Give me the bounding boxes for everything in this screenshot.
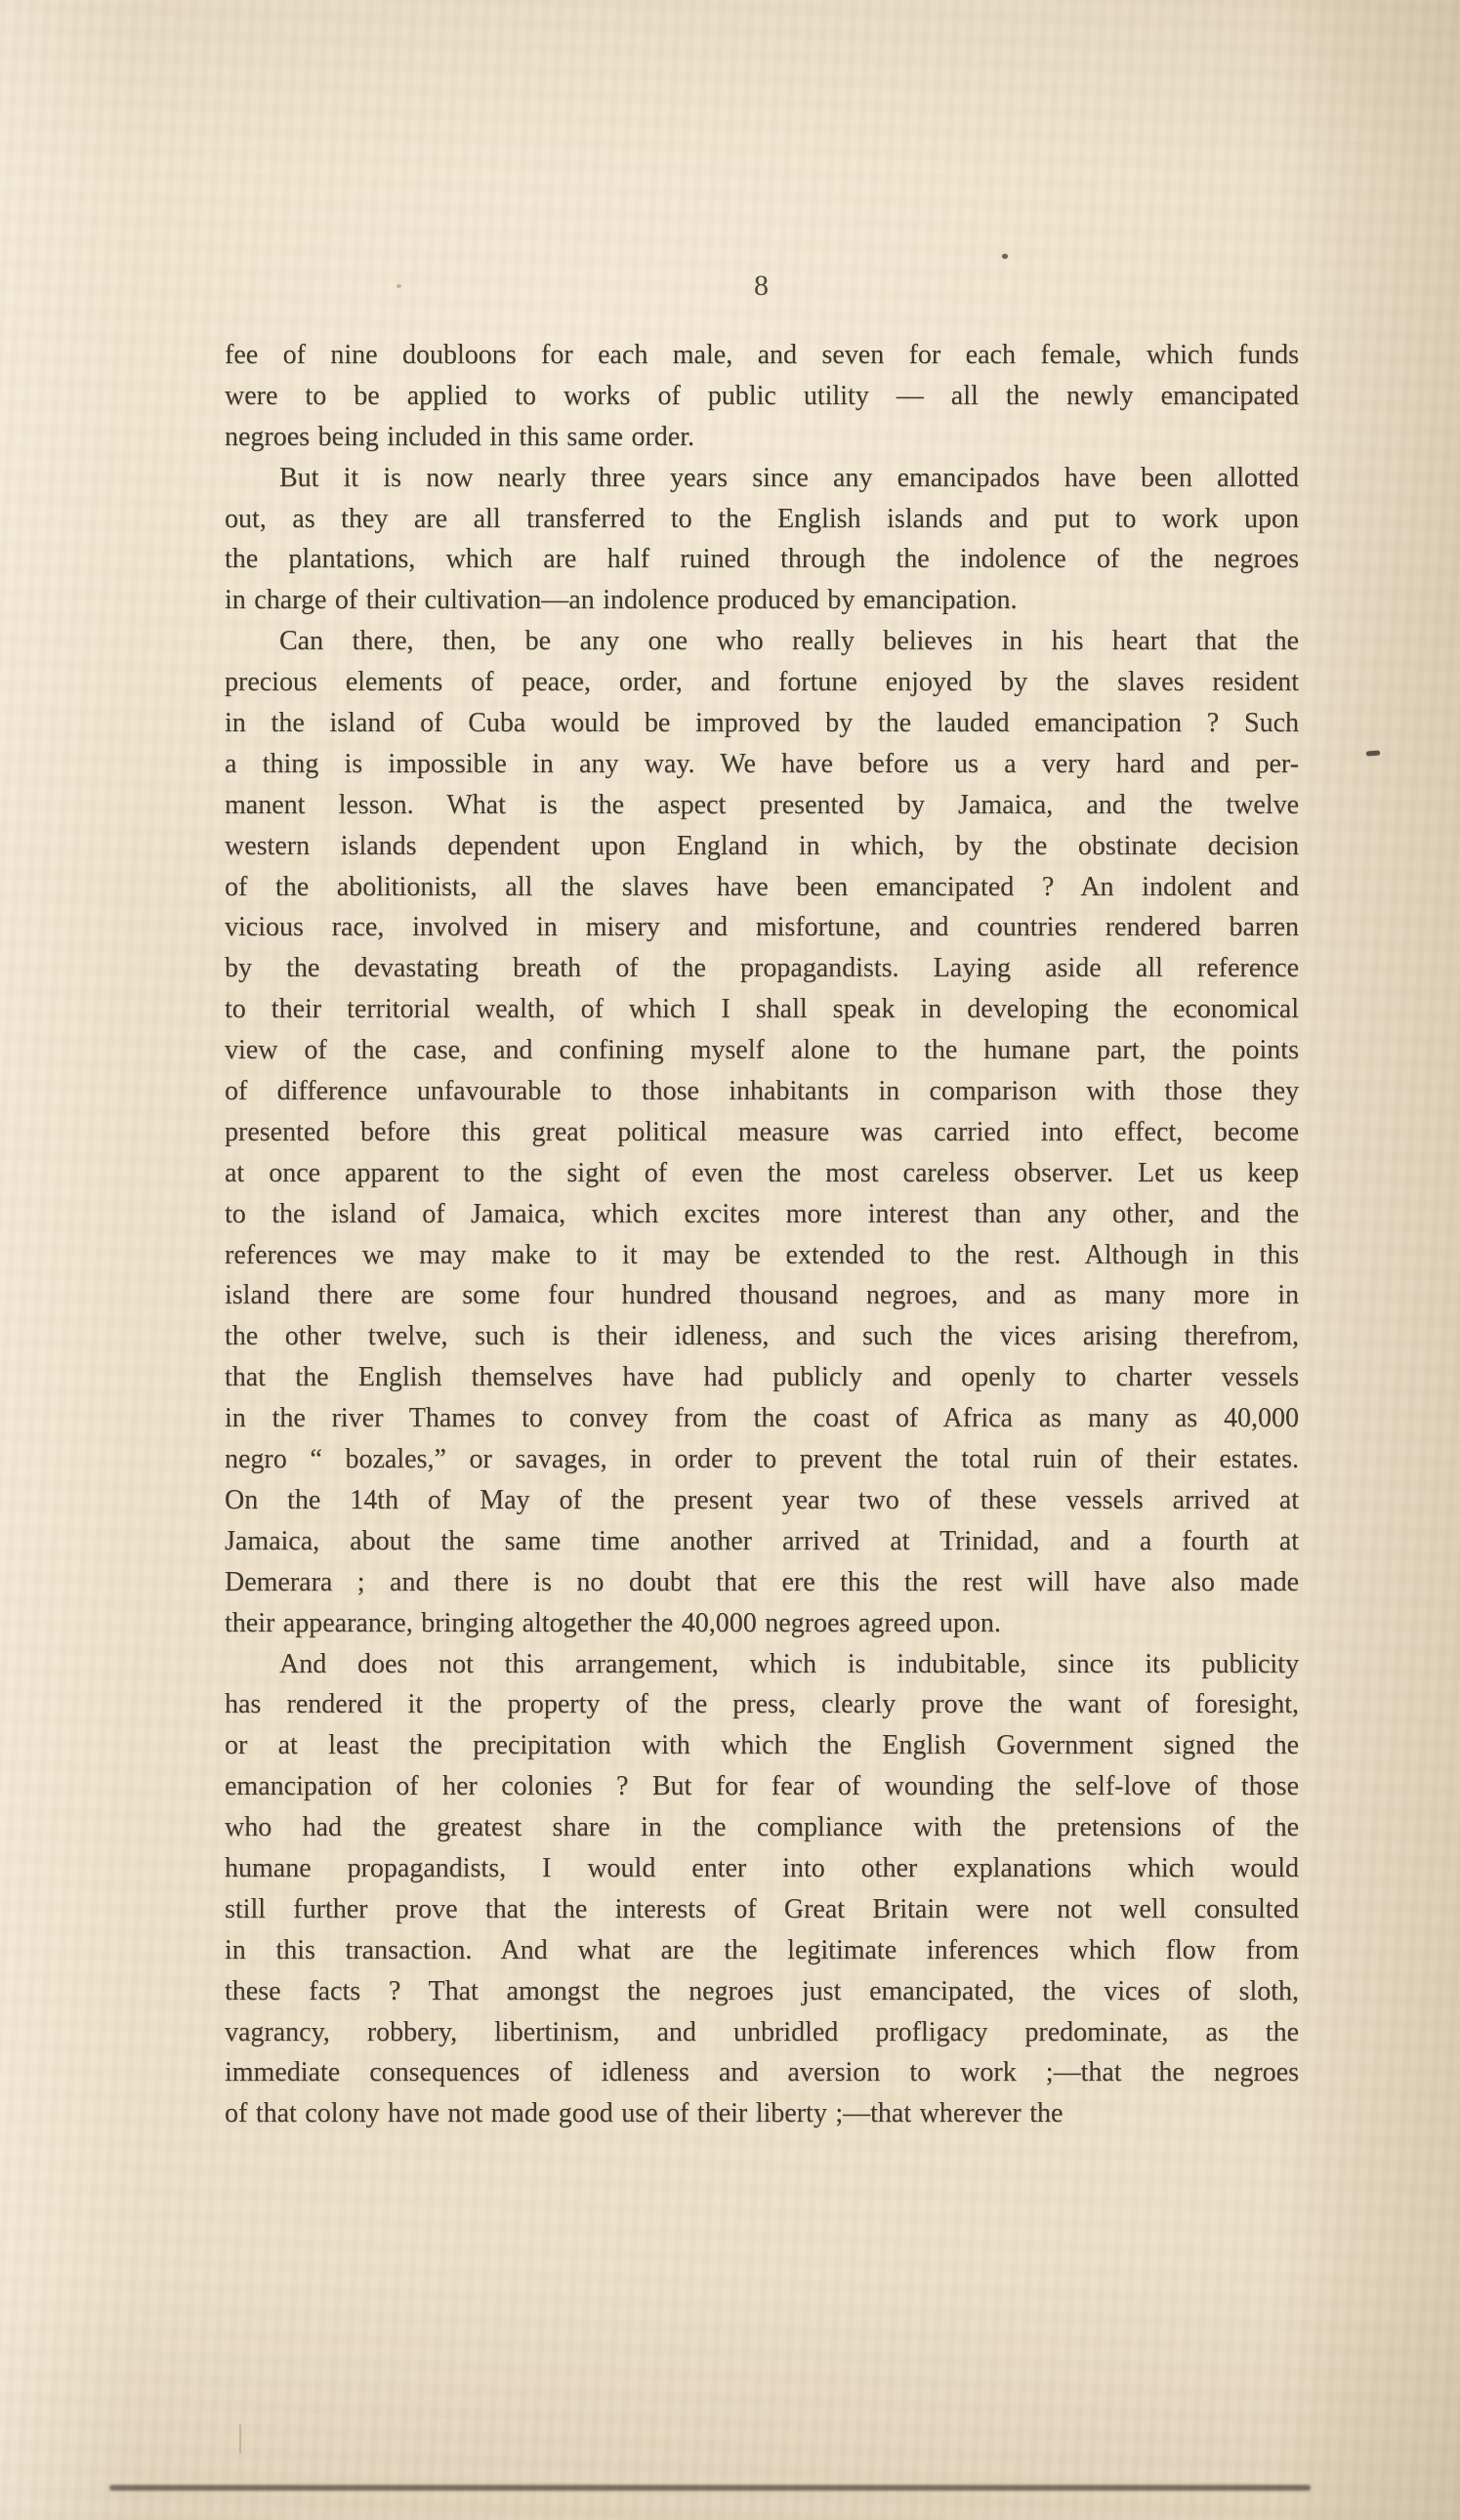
text-line: island there are some four hundred thous… <box>225 1275 1299 1316</box>
text-line: in the island of Cuba would be improved … <box>225 703 1299 744</box>
text-line: precious elements of peace, order, and f… <box>225 662 1299 703</box>
text-line: immediate consequences of idleness and a… <box>225 2052 1299 2093</box>
text-line: of that colony have not made good use of… <box>225 2093 1299 2134</box>
text-line: by the devastating breath of the propaga… <box>225 948 1299 989</box>
text-line: emancipation of her colonies ? But for f… <box>225 1766 1299 1807</box>
text-line: in this transaction. And what are the le… <box>225 1930 1299 1971</box>
text-line: these facts ? That amongst the negroes j… <box>225 1971 1299 2012</box>
text-line: On the 14th of May of the present year t… <box>225 1480 1299 1521</box>
text-line: in charge of their cultivation—an indole… <box>225 580 1299 621</box>
text-line: Demerara ; and there is no doubt that er… <box>225 1562 1299 1603</box>
page-number: 8 <box>225 269 1299 303</box>
text-line: to their territorial wealth, of which I … <box>225 989 1299 1030</box>
text-line: humane propagandists, I would enter into… <box>225 1848 1299 1889</box>
text-line: were to be applied to works of public ut… <box>225 376 1299 417</box>
paragraph: And does not this arrangement, which is … <box>225 1644 1299 2135</box>
paragraph: Can there, then, be any one who really b… <box>225 621 1299 1643</box>
text-line: in the river Thames to convey from the c… <box>225 1398 1299 1439</box>
paragraph: fee of nine doubloons for each male, and… <box>225 335 1299 458</box>
text-line: out, as they are all transferred to the … <box>225 499 1299 540</box>
text-line: at once apparent to the sight of even th… <box>225 1153 1299 1194</box>
text-line: western islands dependent upon England i… <box>225 826 1299 867</box>
text-line: presented before this great political me… <box>225 1112 1299 1153</box>
ink-speck <box>1002 254 1008 259</box>
text-line: the other twelve, such is their idleness… <box>225 1316 1299 1357</box>
text-block: fee of nine doubloons for each male, and… <box>225 335 1299 2134</box>
text-line: still further prove that the interests o… <box>225 1889 1299 1930</box>
text-line: vagrancy, robbery, libertinism, and unbr… <box>225 2012 1299 2053</box>
paragraph: But it is now nearly three years since a… <box>225 458 1299 622</box>
text-line: fee of nine doubloons for each male, and… <box>225 335 1299 376</box>
text-line: a thing is impossible in any way. We hav… <box>225 744 1299 785</box>
text-line: to the island of Jamaica, which excites … <box>225 1194 1299 1235</box>
text-line: their appearance, bringing altogether th… <box>225 1603 1299 1644</box>
paper-fiber <box>239 2424 241 2454</box>
text-line: vicious race, involved in misery and mis… <box>225 907 1299 948</box>
text-line: view of the case, and confining myself a… <box>225 1030 1299 1071</box>
text-line: of difference unfavourable to those inha… <box>225 1071 1299 1112</box>
text-line: negroes being included in this same orde… <box>225 417 1299 458</box>
page-bottom-shadow <box>109 2485 1311 2491</box>
text-line: or at least the precipitation with which… <box>225 1725 1299 1766</box>
text-line: has rendered it the property of the pres… <box>225 1684 1299 1725</box>
text-line: references we may make to it may be exte… <box>225 1235 1299 1276</box>
text-line: But it is now nearly three years since a… <box>225 458 1299 499</box>
scanned-book-page: 8 fee of nine doubloons for each male, a… <box>0 0 1460 2520</box>
text-line: Can there, then, be any one who really b… <box>225 621 1299 662</box>
text-line: of the abolitionists, all the slaves hav… <box>225 867 1299 908</box>
text-line: who had the greatest share in the compli… <box>225 1807 1299 1848</box>
text-line: manent lesson. What is the aspect presen… <box>225 785 1299 826</box>
text-line: Jamaica, about the same time another arr… <box>225 1521 1299 1562</box>
text-line: And does not this arrangement, which is … <box>225 1644 1299 1685</box>
text-line: the plantations, which are half ruined t… <box>225 539 1299 580</box>
margin-mark <box>1366 751 1380 757</box>
text-line: negro “ bozales,” or savages, in order t… <box>225 1439 1299 1480</box>
text-line: that the English themselves have had pub… <box>225 1357 1299 1398</box>
